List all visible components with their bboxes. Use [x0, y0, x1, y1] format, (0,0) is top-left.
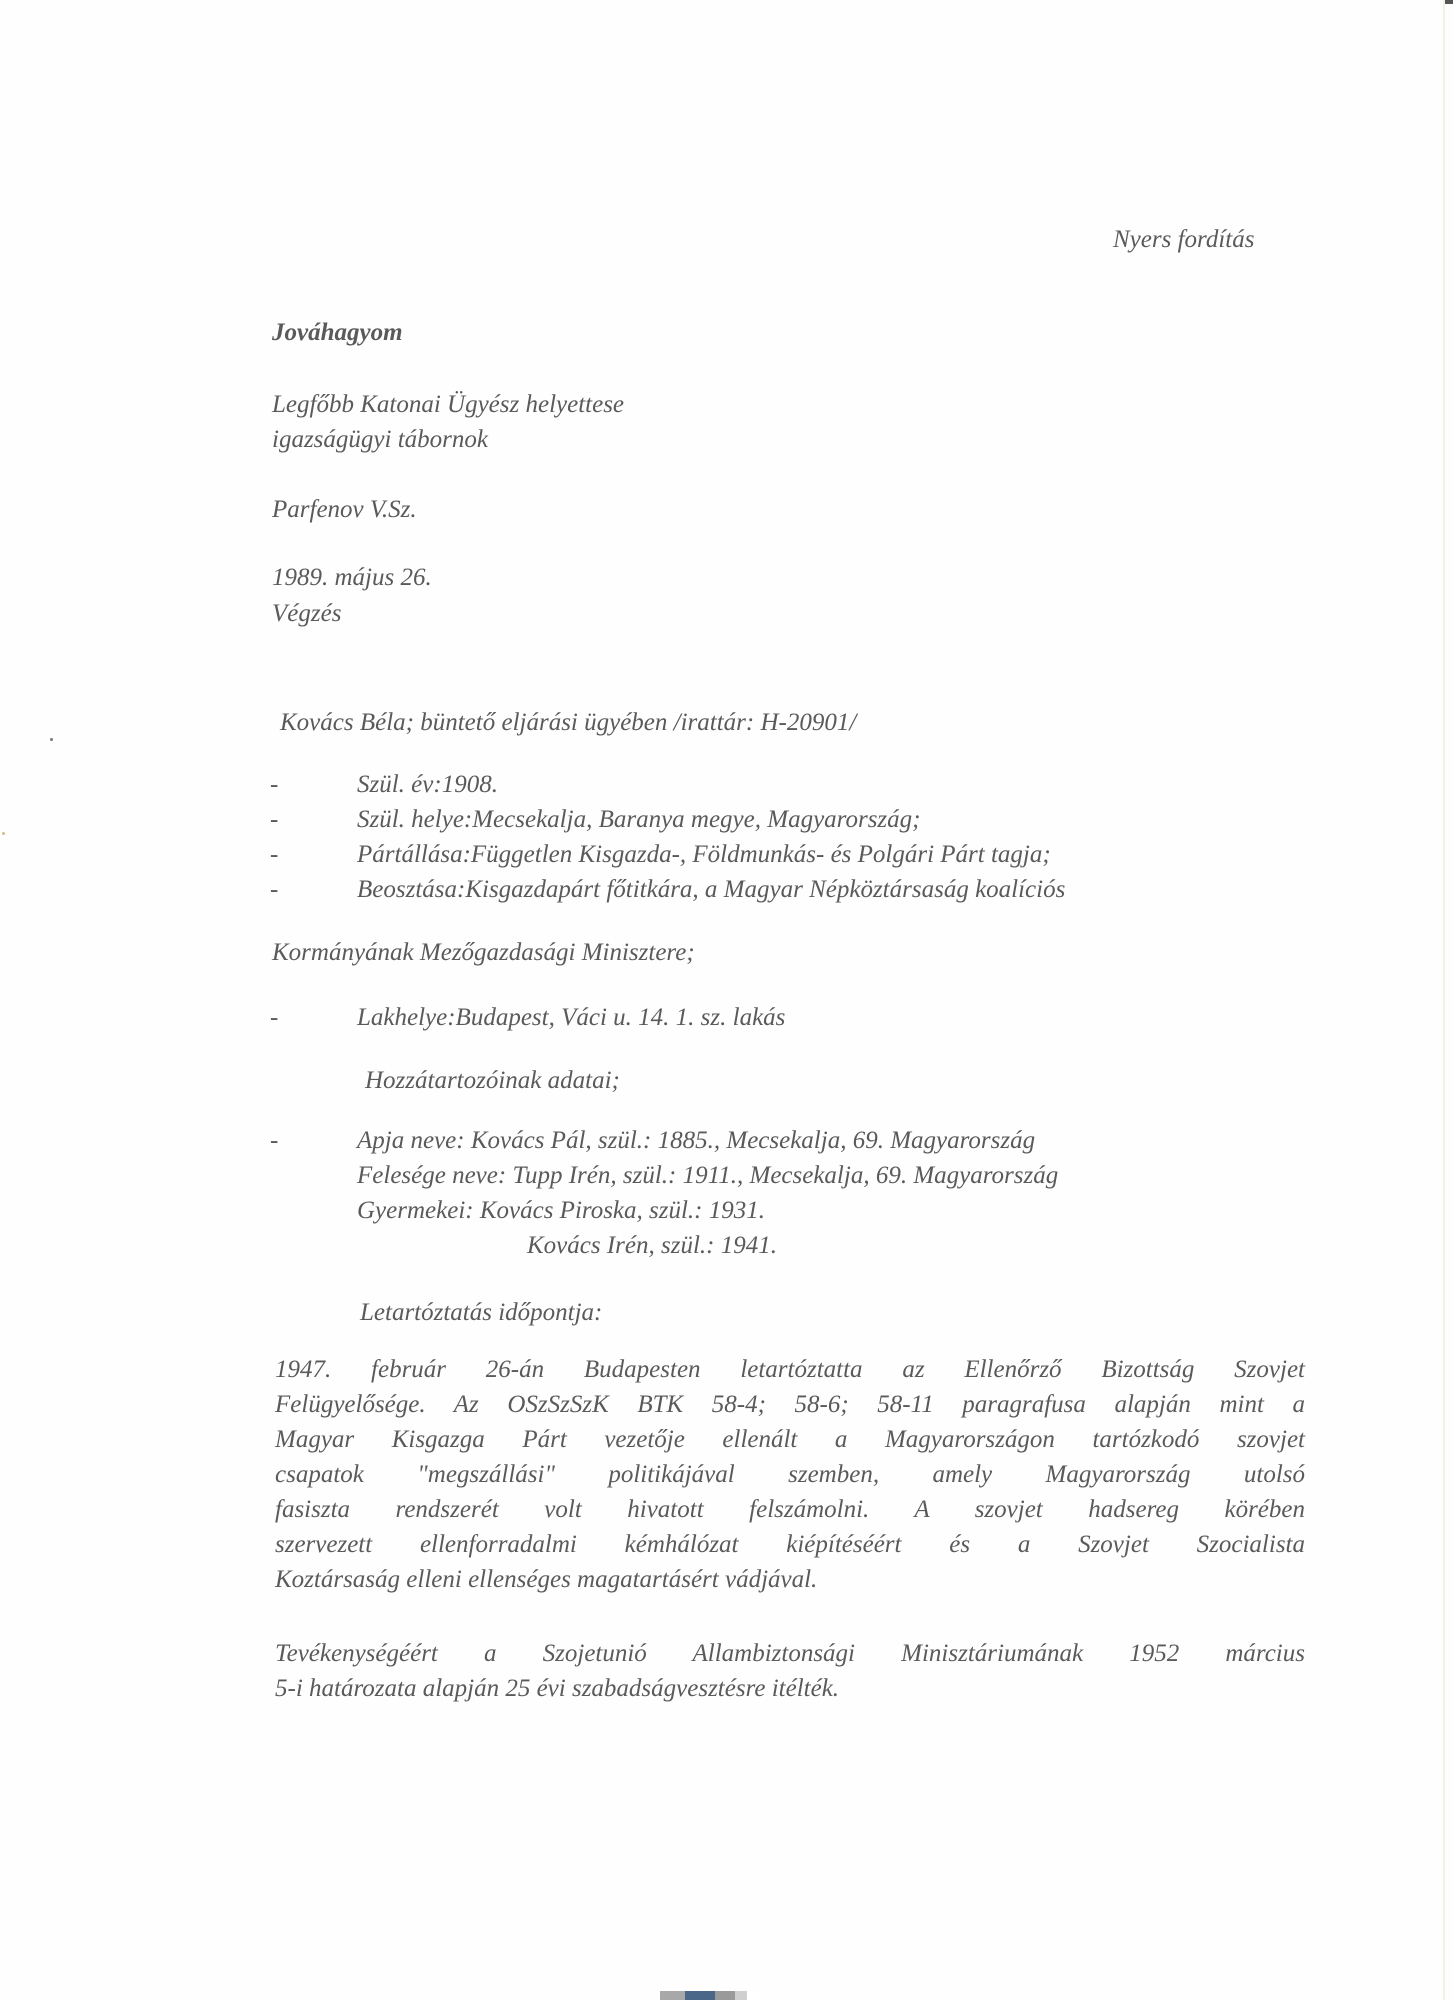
paragraph-line: szervezett ellenforradalmi kémhálózat ki…: [275, 1527, 1305, 1562]
birth-year: Szül. év:1908.: [357, 767, 498, 802]
approval-heading: Jováhagyom: [272, 315, 403, 350]
party-affiliation: Pártállása:Független Kisgazda-, Földmunk…: [357, 837, 1051, 872]
scan-speck: [2, 832, 5, 835]
signatory-name: Parfenov V.Sz.: [272, 492, 417, 527]
bullet-dash: -: [270, 837, 278, 872]
position-continuation: Kormányának Mezőgazdasági Minisztere;: [272, 935, 695, 970]
paragraph-line: Felügyelősége. Az OSzSzSzK BTK 58-4; 58-…: [275, 1387, 1305, 1422]
signatory-title-line1: Legfőbb Katonai Ügyész helyettese: [272, 387, 624, 422]
signatory-title-line2: igazságügyi tábornok: [272, 422, 488, 457]
bullet-dash: -: [270, 802, 278, 837]
arrest-heading: Letartóztatás időpontja:: [360, 1295, 602, 1330]
wife-info: Felesége neve: Tupp Irén, szül.: 1911., …: [357, 1158, 1058, 1193]
paragraph-line: 5-i határozata alapján 25 évi szabadságv…: [275, 1671, 1305, 1706]
paragraph-line: csapatok "megszállási" politikájával sze…: [275, 1457, 1305, 1492]
relatives-heading: Hozzátartozóinak adatai;: [365, 1063, 620, 1098]
scanned-document-page: Nyers fordítás Jováhagyom Legfőbb Katona…: [0, 0, 1453, 2000]
bullet-dash: -: [270, 872, 278, 907]
child2-info: Kovács Irén, szül.: 1941.: [527, 1228, 777, 1263]
scan-artifact: [660, 1991, 760, 2000]
residence: Lakhelye:Budapest, Váci u. 14. 1. sz. la…: [357, 1000, 785, 1035]
bullet-dash: -: [270, 767, 278, 802]
document-date: 1989. május 26.: [272, 560, 432, 595]
paragraph-line: 1947. február 26-án Budapesten letartózt…: [275, 1352, 1305, 1387]
scan-corner-mark: [1445, 0, 1453, 4]
document-type: Végzés: [272, 596, 341, 631]
sentence-paragraph: Tevékenységéért a Szojetunió Allambizton…: [275, 1636, 1305, 1706]
header-note: Nyers fordítás: [1113, 222, 1254, 257]
scan-edge: [1443, 0, 1445, 2000]
bullet-dash: -: [270, 1123, 278, 1158]
father-info: Apja neve: Kovács Pál, szül.: 1885., Mec…: [357, 1123, 1035, 1158]
paragraph-line: Tevékenységéért a Szojetunió Allambizton…: [275, 1636, 1305, 1671]
bullet-dash: -: [270, 1000, 278, 1035]
birth-place: Szül. helye:Mecsekalja, Baranya megye, M…: [357, 802, 921, 837]
arrest-paragraph: 1947. február 26-án Budapesten letartózt…: [275, 1352, 1305, 1597]
children-info: Gyermekei: Kovács Piroska, szül.: 1931.: [357, 1193, 765, 1228]
paragraph-line: Koztársaság elleni ellenséges magatartás…: [275, 1562, 1305, 1597]
position: Beosztása:Kisgazdapárt főtitkára, a Magy…: [357, 872, 1065, 907]
case-line: Kovács Béla; büntető eljárási ügyében /i…: [280, 705, 856, 740]
paragraph-line: fasiszta rendszerét volt hivatott felszá…: [275, 1492, 1305, 1527]
scan-speck: [50, 738, 53, 741]
paragraph-line: Magyar Kisgazga Párt vezetője ellenált a…: [275, 1422, 1305, 1457]
